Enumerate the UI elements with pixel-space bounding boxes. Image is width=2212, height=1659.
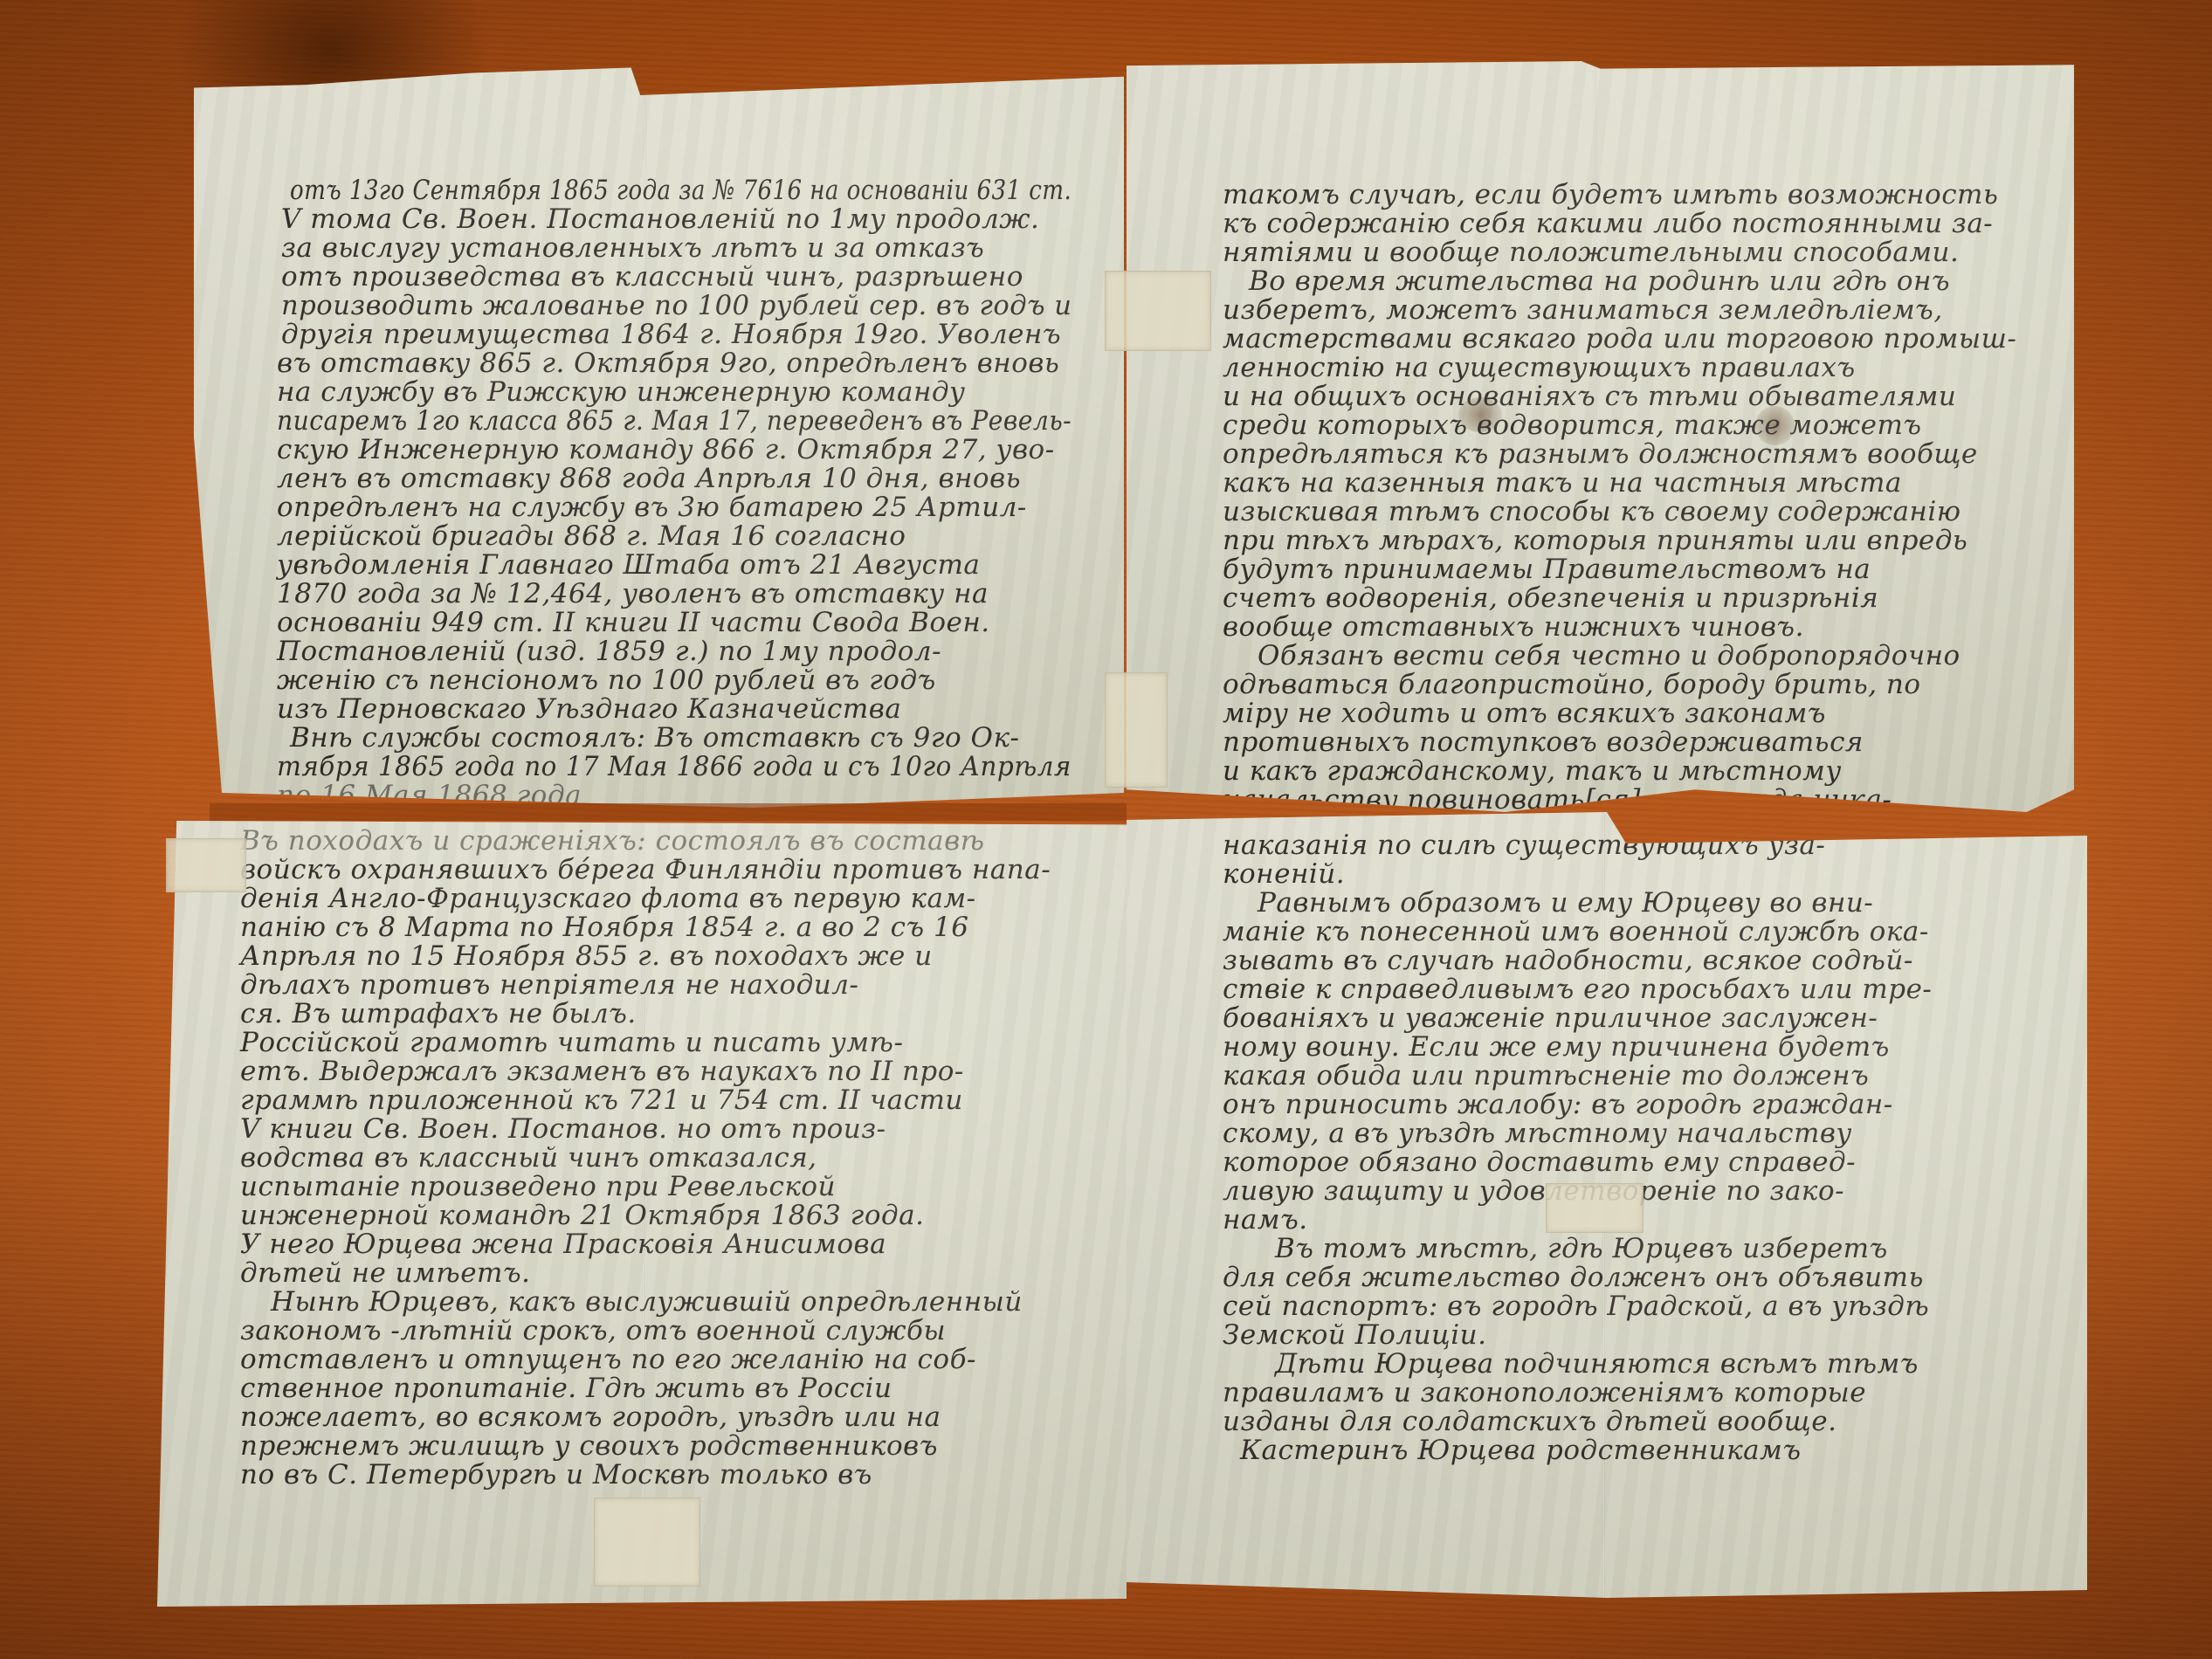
text-line: изберетъ, можетъ заниматься земледѣліемъ… (1223, 294, 1943, 326)
text-line: лерійской бригады 868 г. Мая 16 согласно (277, 520, 906, 552)
text-line: производить жалованье по 100 рублей сер.… (281, 290, 1072, 321)
text-line: женію съ пенсіономъ по 100 рублей въ год… (277, 664, 936, 696)
text-line: такомъ случаѣ, если будетъ имѣть возможн… (1223, 179, 1998, 210)
tape-patch (594, 1497, 700, 1587)
sheet-lower-left: Въ походахъ и сраженіяхъ: состоялъ въ со… (157, 821, 1127, 1607)
text-line: пожелаетъ, во всякомъ городѣ, уѣздѣ или … (240, 1401, 941, 1433)
text-line: Равнымъ образомъ и ему Юрцеву во вни- (1258, 887, 1873, 919)
text-line: писаремъ 1го класса 865 г. Мая 17, перев… (277, 405, 1072, 437)
upper-right-text: такомъ случаѣ, если будетъ имѣть возможн… (1127, 61, 2074, 812)
lower-left-text: Въ походахъ и сраженіяхъ: состоялъ въ со… (157, 821, 1127, 1607)
text-line: тября 1865 года по 17 Мая 1866 года и съ… (277, 751, 1072, 782)
text-line: V тома Св. Воен. Постановленій по 1му пр… (281, 203, 1039, 235)
sheet-upper-left: отъ 13го Сентября 1865 года за № 7616 на… (194, 65, 1124, 808)
text-line: онъ приносить жалобу: въ городѣ граждан- (1223, 1089, 1893, 1120)
text-line: отставленъ и отпущенъ по его желанію на … (240, 1344, 976, 1375)
text-line: отъ 13го Сентября 1865 года за № 7616 на… (290, 175, 1072, 206)
text-line: при тѣхъ мѣрахъ, которыя приняты или впр… (1223, 525, 1967, 556)
text-line: изданы для солдатскихъ дѣтей вообще. (1223, 1406, 1837, 1437)
text-line: V книги Св. Воен. Постанов. но отъ произ… (240, 1113, 886, 1145)
text-line: опредѣляться къ разнымъ должностямъ вооб… (1223, 438, 1978, 470)
text-line: ному воину. Если же ему причинена будетъ (1223, 1031, 1890, 1063)
text-line: закономъ -лѣтній срокъ, отъ военной служ… (240, 1315, 946, 1346)
text-line: етъ. Выдержалъ экзаменъ въ наукахъ по II… (240, 1056, 964, 1087)
tape-patch (1546, 1183, 1643, 1233)
text-line: прежнемъ жилищѣ у своихъ родственниковъ (240, 1430, 938, 1462)
text-line: Постановленій (изд. 1859 г.) по 1му прод… (277, 636, 941, 667)
tape-patch (1105, 672, 1168, 788)
text-line: Россійской грамотѣ читать и писать умѣ- (240, 1027, 903, 1058)
text-line: Земской Полиціи. (1223, 1319, 1487, 1351)
text-line: коненій. (1223, 858, 1345, 890)
tape-patch (166, 838, 246, 892)
text-line: ленностію на существующихъ правилахъ (1223, 352, 1856, 383)
text-line: Во время жительства на родинѣ или гдѣ он… (1249, 265, 1950, 297)
text-line: граммѣ приложенной къ 721 и 754 ст. II ч… (240, 1084, 963, 1116)
text-line: Въ томъ мѣстѣ, гдѣ Юрцевъ изберетъ (1275, 1233, 1888, 1264)
text-line: Дѣти Юрцева подчиняются всѣмъ тѣмъ (1275, 1348, 1919, 1380)
text-line: испытаніе произведено при Ревельской (240, 1171, 836, 1202)
text-line: сей паспортъ: въ городѣ Градской, а въ у… (1223, 1291, 1929, 1322)
text-line: маніе къ понесенной имъ военной службѣ о… (1223, 916, 1929, 947)
text-line: увѣдомленія Главнаго Штаба отъ 21 Август… (277, 549, 980, 581)
text-line: Обязанъ вести себя честно и добропорядоч… (1258, 640, 1960, 671)
text-line: которое обязано доставить ему справед- (1223, 1146, 1856, 1178)
text-line: Апрѣля по 15 Ноября 855 г. въ походахъ ж… (240, 940, 933, 972)
text-line: одѣваться благопристойно, бороду брить, … (1223, 669, 1921, 700)
text-line: отъ произведства въ классный чинъ, разрѣ… (281, 261, 1023, 293)
text-line: Нынѣ Юрцевъ, какъ выслужившій опредѣленн… (271, 1286, 1023, 1318)
text-line: для себя жительство долженъ онъ объявить (1223, 1262, 1924, 1293)
text-line: счетъ водворенія, обезпеченія и призрѣні… (1223, 582, 1878, 614)
upper-left-text: отъ 13го Сентября 1865 года за № 7616 на… (194, 65, 1124, 808)
text-line: противныхъ поступковъ воздерживаться (1223, 726, 1864, 758)
text-line: У него Юрцева жена Прасковія Анисимова (240, 1229, 886, 1260)
text-line: міру не ходить и отъ всякихъ законамъ (1223, 698, 1826, 729)
text-line: какъ на казенныя такъ и на частныя мѣста (1223, 467, 1902, 499)
text-line: скому, а въ уѣздѣ мѣстному начальству (1223, 1118, 1852, 1149)
text-line: и на общихъ основаніяхъ съ тѣми обывател… (1223, 381, 1956, 412)
text-line: другія преимущества 1864 г. Ноября 19го.… (281, 319, 1061, 350)
text-line: дѣлахъ противъ непріятеля не находил- (240, 969, 858, 1001)
text-line: водства въ классный чинъ отказался, (240, 1142, 817, 1174)
text-line: войскъ охранявшихъ бéрега Финляндіи прот… (240, 854, 1051, 885)
text-line: какая обида или притѣсненіе то долженъ (1223, 1060, 1869, 1091)
text-line: изъ Перновскаго Уѣзднаго Казначейства (277, 693, 901, 725)
text-line: къ содержанію себя какими либо постоянны… (1223, 208, 1993, 239)
text-line: правиламъ и законоположеніямъ которые (1223, 1377, 1866, 1408)
text-line: опредѣленъ на службу въ 3ю батарею 25 Ар… (277, 492, 1027, 523)
text-line: среди которыхъ водворится, также можетъ (1223, 410, 1922, 441)
text-line: Кастеринъ Юрцева родственникамъ (1240, 1435, 1801, 1466)
text-line: начальству повиновать[ся] ... никогда ни… (1223, 784, 1892, 812)
text-line: основаніи 949 ст. II книги II части Свод… (277, 607, 990, 638)
text-line: панію съ 8 Марта по Ноября 1854 г. а во … (240, 912, 968, 943)
text-line: и какъ гражданскому, такъ и мѣстному (1223, 755, 1842, 787)
text-line: дѣтей не имѣетъ. (240, 1257, 530, 1289)
tape-patch (1105, 271, 1211, 351)
text-line: Внѣ службы состоялъ: Въ отставкѣ съ 9го … (290, 722, 1019, 754)
text-line: ственное пропитаніе. Гдѣ жить въ Россіи (240, 1373, 892, 1404)
text-line: намъ. (1223, 1204, 1308, 1236)
text-line: Въ походахъ и сраженіяхъ: состоялъ въ со… (240, 825, 985, 857)
text-line: зывать въ случаѣ надобности, всякое содѣ… (1223, 945, 1913, 976)
text-line: ленъ въ отставку 868 года Апрѣля 10 дня,… (277, 463, 1021, 494)
text-line: будутъ принимаемы Правительствомъ на (1223, 554, 1871, 585)
text-line: ся. Въ штрафахъ не былъ. (240, 998, 637, 1029)
text-line: ливую защиту и удовлетвореніе по зако- (1223, 1175, 1844, 1207)
text-line: вообще отставныхъ нижнихъ чиновъ. (1223, 611, 1804, 643)
text-line: мастерствами всякаго рода или торговою п… (1223, 323, 2016, 355)
text-line: наказанія по силѣ существующихъ уза- (1223, 829, 1825, 861)
text-line: 1870 года за № 12,464, уволенъ въ отстав… (277, 578, 989, 609)
text-line: инженерной командѣ 21 Октября 1863 года. (240, 1200, 924, 1231)
text-line: въ отставку 865 г. Октября 9го, опредѣле… (277, 348, 1059, 379)
text-line: за выслугу установленныхъ лѣтъ и за отка… (281, 232, 984, 264)
text-line: по въ С. Петербургѣ и Москвѣ только въ (240, 1459, 872, 1490)
text-line: скую Инженерную команду 866 г. Октября 2… (277, 434, 1055, 465)
sheet-upper-right: такомъ случаѣ, если будетъ имѣть возможн… (1127, 61, 2074, 812)
tear-gap (210, 803, 1127, 821)
text-line: нятіями и вообще положительными способам… (1223, 237, 1959, 268)
text-line: ствіе к справедливымъ его просьбахъ или … (1223, 974, 1932, 1005)
text-line: изыскивая тѣмъ способы къ своему содержа… (1223, 496, 1961, 527)
text-line: бованіяхъ и уваженіе приличное заслужен- (1223, 1002, 1878, 1034)
text-line: на службу въ Рижскую инженерную команду (277, 376, 966, 408)
text-line: денія Англо-Французскаго флота въ первую… (240, 883, 976, 914)
